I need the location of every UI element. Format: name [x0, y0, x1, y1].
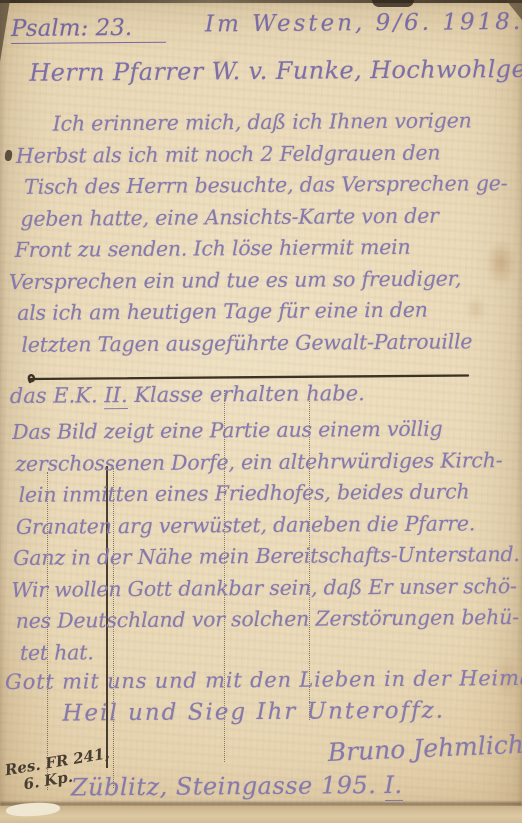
handwriting-line: zerschossenen Dorfe, ein altehrwürdiges …: [10, 444, 518, 479]
address-floor: I.: [384, 771, 402, 801]
handwriting-line: Tisch des Herrn besuchte, das Verspreche…: [8, 168, 516, 203]
psalm-reference-text: Psalm: 23.: [11, 15, 166, 44]
handwriting-line: tet hat.: [12, 633, 520, 668]
award-line-pre: das E.K.: [10, 383, 105, 408]
address-text: Züblitz, Steingasse 195.: [71, 771, 385, 801]
dateline: Im Westen, 9/6. 1918.: [205, 9, 522, 37]
iron-cross-class: II.: [104, 383, 127, 409]
signature: Bruno Jehmlich,: [327, 729, 522, 767]
handwriting-line: Herbst als ich mit noch 2 Feldgrauen den: [8, 136, 516, 171]
address-line: Züblitz, Steingasse 195. I.: [71, 771, 403, 802]
handwriting-line: Wir wollen Gott dankbar sein, daß Er uns…: [11, 570, 519, 605]
handwriting-line: Ganz in der Nähe mein Bereitschafts-Unte…: [11, 539, 519, 574]
salutation: Herrn Pfarrer W. v. Funke, Hochwohlgeb.: [29, 55, 522, 87]
award-line: das E.K. II. Klasse erhalten habe.: [10, 381, 365, 408]
handwriting-line: Ich erinnere mich, daß ich Ihnen vorigen: [8, 105, 516, 140]
handwriting-line: geben hatte, eine Ansichts-Karte von der: [8, 199, 516, 234]
award-line-post: Klasse erhalten habe.: [128, 381, 365, 407]
handwriting-line: Das Bild zeigt eine Partie aus einem völ…: [10, 413, 518, 448]
valediction: Heil und Sieg Ihr Unteroffz.: [62, 698, 445, 727]
handwriting-layer: Psalm: 23. Im Westen, 9/6. 1918. Herrn P…: [0, 0, 522, 823]
handwriting-line: letzten Tagen ausgeführte Gewalt-Patroui…: [9, 325, 517, 360]
postcard-scan: Psalm: 23. Im Westen, 9/6. 1918. Herrn P…: [0, 0, 522, 823]
closing-line: Gott mit uns und mit den Lieben in der H…: [5, 666, 522, 694]
handwriting-line: lein inmitten eines Friedhofes, beides d…: [11, 476, 519, 511]
psalm-reference: Psalm: 23.: [11, 15, 166, 42]
paragraph-2: Das Bild zeigt eine Partie aus einem völ…: [10, 413, 520, 669]
handwriting-line: als ich am heutigen Tage für eine in den: [9, 294, 517, 329]
handwriting-line: Granaten arg verwüstet, daneben die Pfar…: [11, 507, 519, 542]
handwriting-line: nes Deutschland vor solchen Zerstörungen…: [12, 602, 520, 637]
card-edge-bottom: [0, 806, 522, 823]
paragraph-1: Ich erinnere mich, daß ich Ihnen vorigen…: [8, 105, 518, 361]
handwriting-line: Versprechen ein und tue es um so freudig…: [9, 262, 517, 297]
handwriting-line: Front zu senden. Ich löse hiermit mein: [9, 231, 517, 266]
